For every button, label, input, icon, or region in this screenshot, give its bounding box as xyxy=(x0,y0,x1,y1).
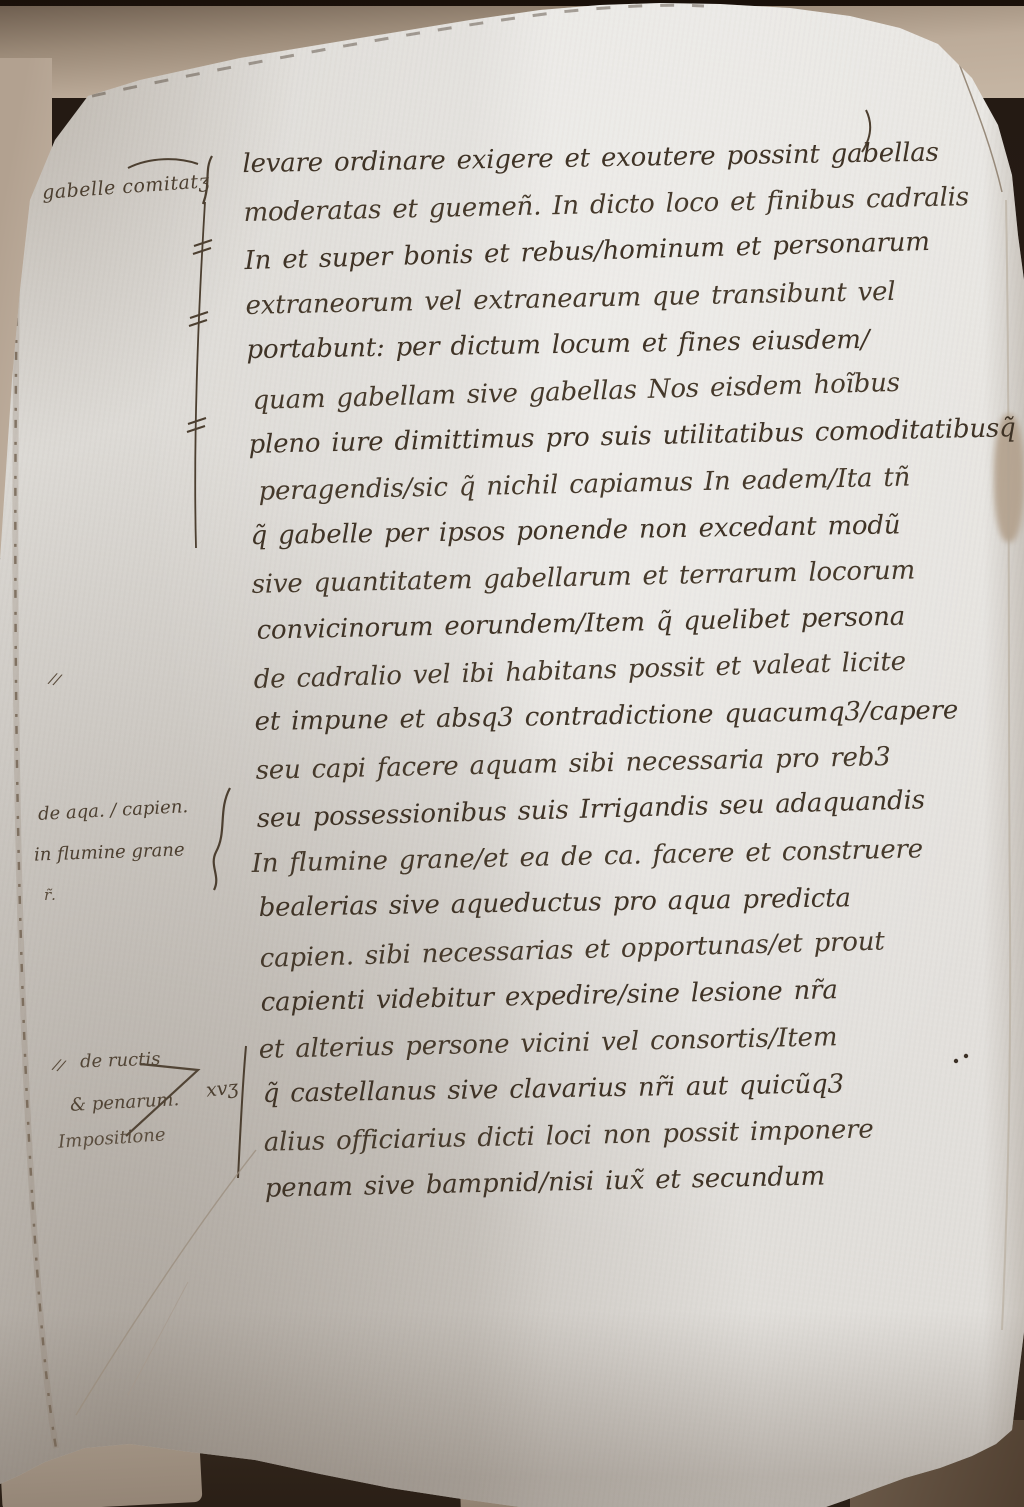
ink-dot xyxy=(954,1059,958,1063)
manuscript-page: gabelle comitatʒ // de aqa. / capien. in… xyxy=(0,0,1024,1507)
margin-note-aqua-line3: r̃. xyxy=(44,886,56,904)
margin-item-number: xvʒ xyxy=(205,1076,239,1101)
item-bracket-line xyxy=(238,1046,246,1178)
crease-line xyxy=(76,1150,256,1415)
manuscript-photo: gabelle comitatʒ // de aqa. / capien. in… xyxy=(0,0,1024,1507)
margin-note-pene-line1: de ructis xyxy=(80,1049,161,1073)
crease-line xyxy=(128,1282,188,1395)
crease-line xyxy=(1002,200,1010,1330)
nota-bracket-line xyxy=(195,202,205,548)
brace-stroke xyxy=(214,788,230,890)
ink-dot xyxy=(964,1054,968,1058)
manuscript-text: levare ordinare exigere et exoutere poss… xyxy=(242,128,955,1212)
flourish-stroke xyxy=(128,159,198,168)
